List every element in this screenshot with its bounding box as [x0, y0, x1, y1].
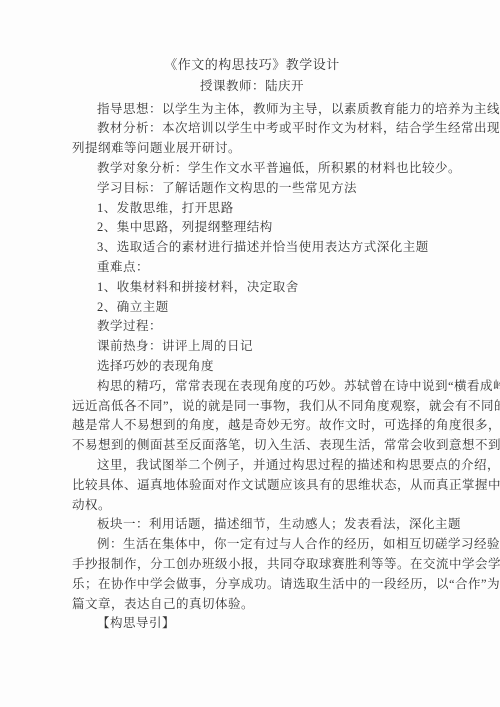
text-line: 1、收集材料和拼接材料，决定取舍 — [72, 278, 432, 298]
text-line: 学习目标：了解话题作文构思的一些常见方法 — [72, 179, 432, 199]
document-subtitle: 授课教师：陆庆开 — [72, 77, 432, 97]
text-line: 不易想到的侧面甚至反面落笔，切入生活、表现生活，常常会收到意想不到的效果。 — [72, 436, 432, 456]
text-line: 板块一：利用话题，描述细节，生动感人；发表看法，深化主题 — [72, 515, 432, 535]
text-line: 构思的精巧，常常表现在表现角度的巧妙。苏轼曾在诗中说到“横看成岭侧成峰， — [72, 377, 432, 397]
text-line: 乐；在协作中学会做事，分享成功。请选取生活中的一段经历，以“合作”为题，写一 — [72, 575, 432, 595]
text-line: 教学对象分析：学生作文水平普遍低，所积累的材料也比较少。 — [72, 159, 432, 179]
document-content: 《作文的构思技巧》教学设计 授课教师：陆庆开 指导思想：以学生为主体，教师为主导… — [72, 55, 432, 634]
text-line: 列提纲难等问题业展开研讨。 — [72, 139, 432, 159]
text-line: 比较具体、逼真地体验面对作文试题应该具有的思维状态，从而真正掌握中考作文的主 — [72, 476, 432, 496]
text-line: 篇文章，表达自己的真切体验。 — [72, 595, 432, 615]
text-line: 2、确立主题 — [72, 298, 432, 318]
text-line: 越是常人不易想到的角度，越是奇妙无穷。故作文时，可选择的角度很多，然而从常人 — [72, 416, 432, 436]
text-line: 教材分析：本次培训以学生中考或平时作文为材料，结合学生经常出现的构思难， — [72, 119, 432, 139]
text-line: 课前热身：讲评上周的日记 — [72, 337, 432, 357]
text-line: 例：生活在集体中，你一定有过与人合作的经历，如相互切磋学习经验，一起参与 — [72, 535, 432, 555]
text-line: 指导思想：以学生为主体，教师为主导，以素质教育能力的培养为主线 — [72, 100, 432, 120]
document-page: 《作文的构思技巧》教学设计 授课教师：陆庆开 指导思想：以学生为主体，教师为主导… — [0, 0, 500, 707]
text-line: 远近高低各不同”，说的就是同一事物，我们从不同角度观察，就会有不同的视觉效果。 — [72, 397, 432, 417]
text-line: 2、集中思路，列提纲整理结构 — [72, 218, 432, 238]
text-line: 【构思导引】 — [72, 614, 432, 634]
text-line: 3、选取适合的素材进行描述并恰当使用表达方式深化主题 — [72, 238, 432, 258]
document-title: 《作文的构思技巧》教学设计 — [72, 55, 432, 75]
text-line: 选择巧妙的表现角度 — [72, 357, 432, 377]
text-line: 动权。 — [72, 496, 432, 516]
text-line: 教学过程： — [72, 317, 432, 337]
document-body: 指导思想：以学生为主体，教师为主导，以素质教育能力的培养为主线教材分析：本次培训… — [72, 100, 432, 635]
text-line: 重难点： — [72, 258, 432, 278]
text-line: 手抄报制作，分工创办班级小报，共同夺取球赛胜利等等。在交流中学会学习，品尝快 — [72, 555, 432, 575]
text-line: 这里，我试图举二个例子，并通过构思过程的描述和构思要点的介绍，使同学们能 — [72, 456, 432, 476]
text-line: 1、发散思维，打开思路 — [72, 199, 432, 219]
